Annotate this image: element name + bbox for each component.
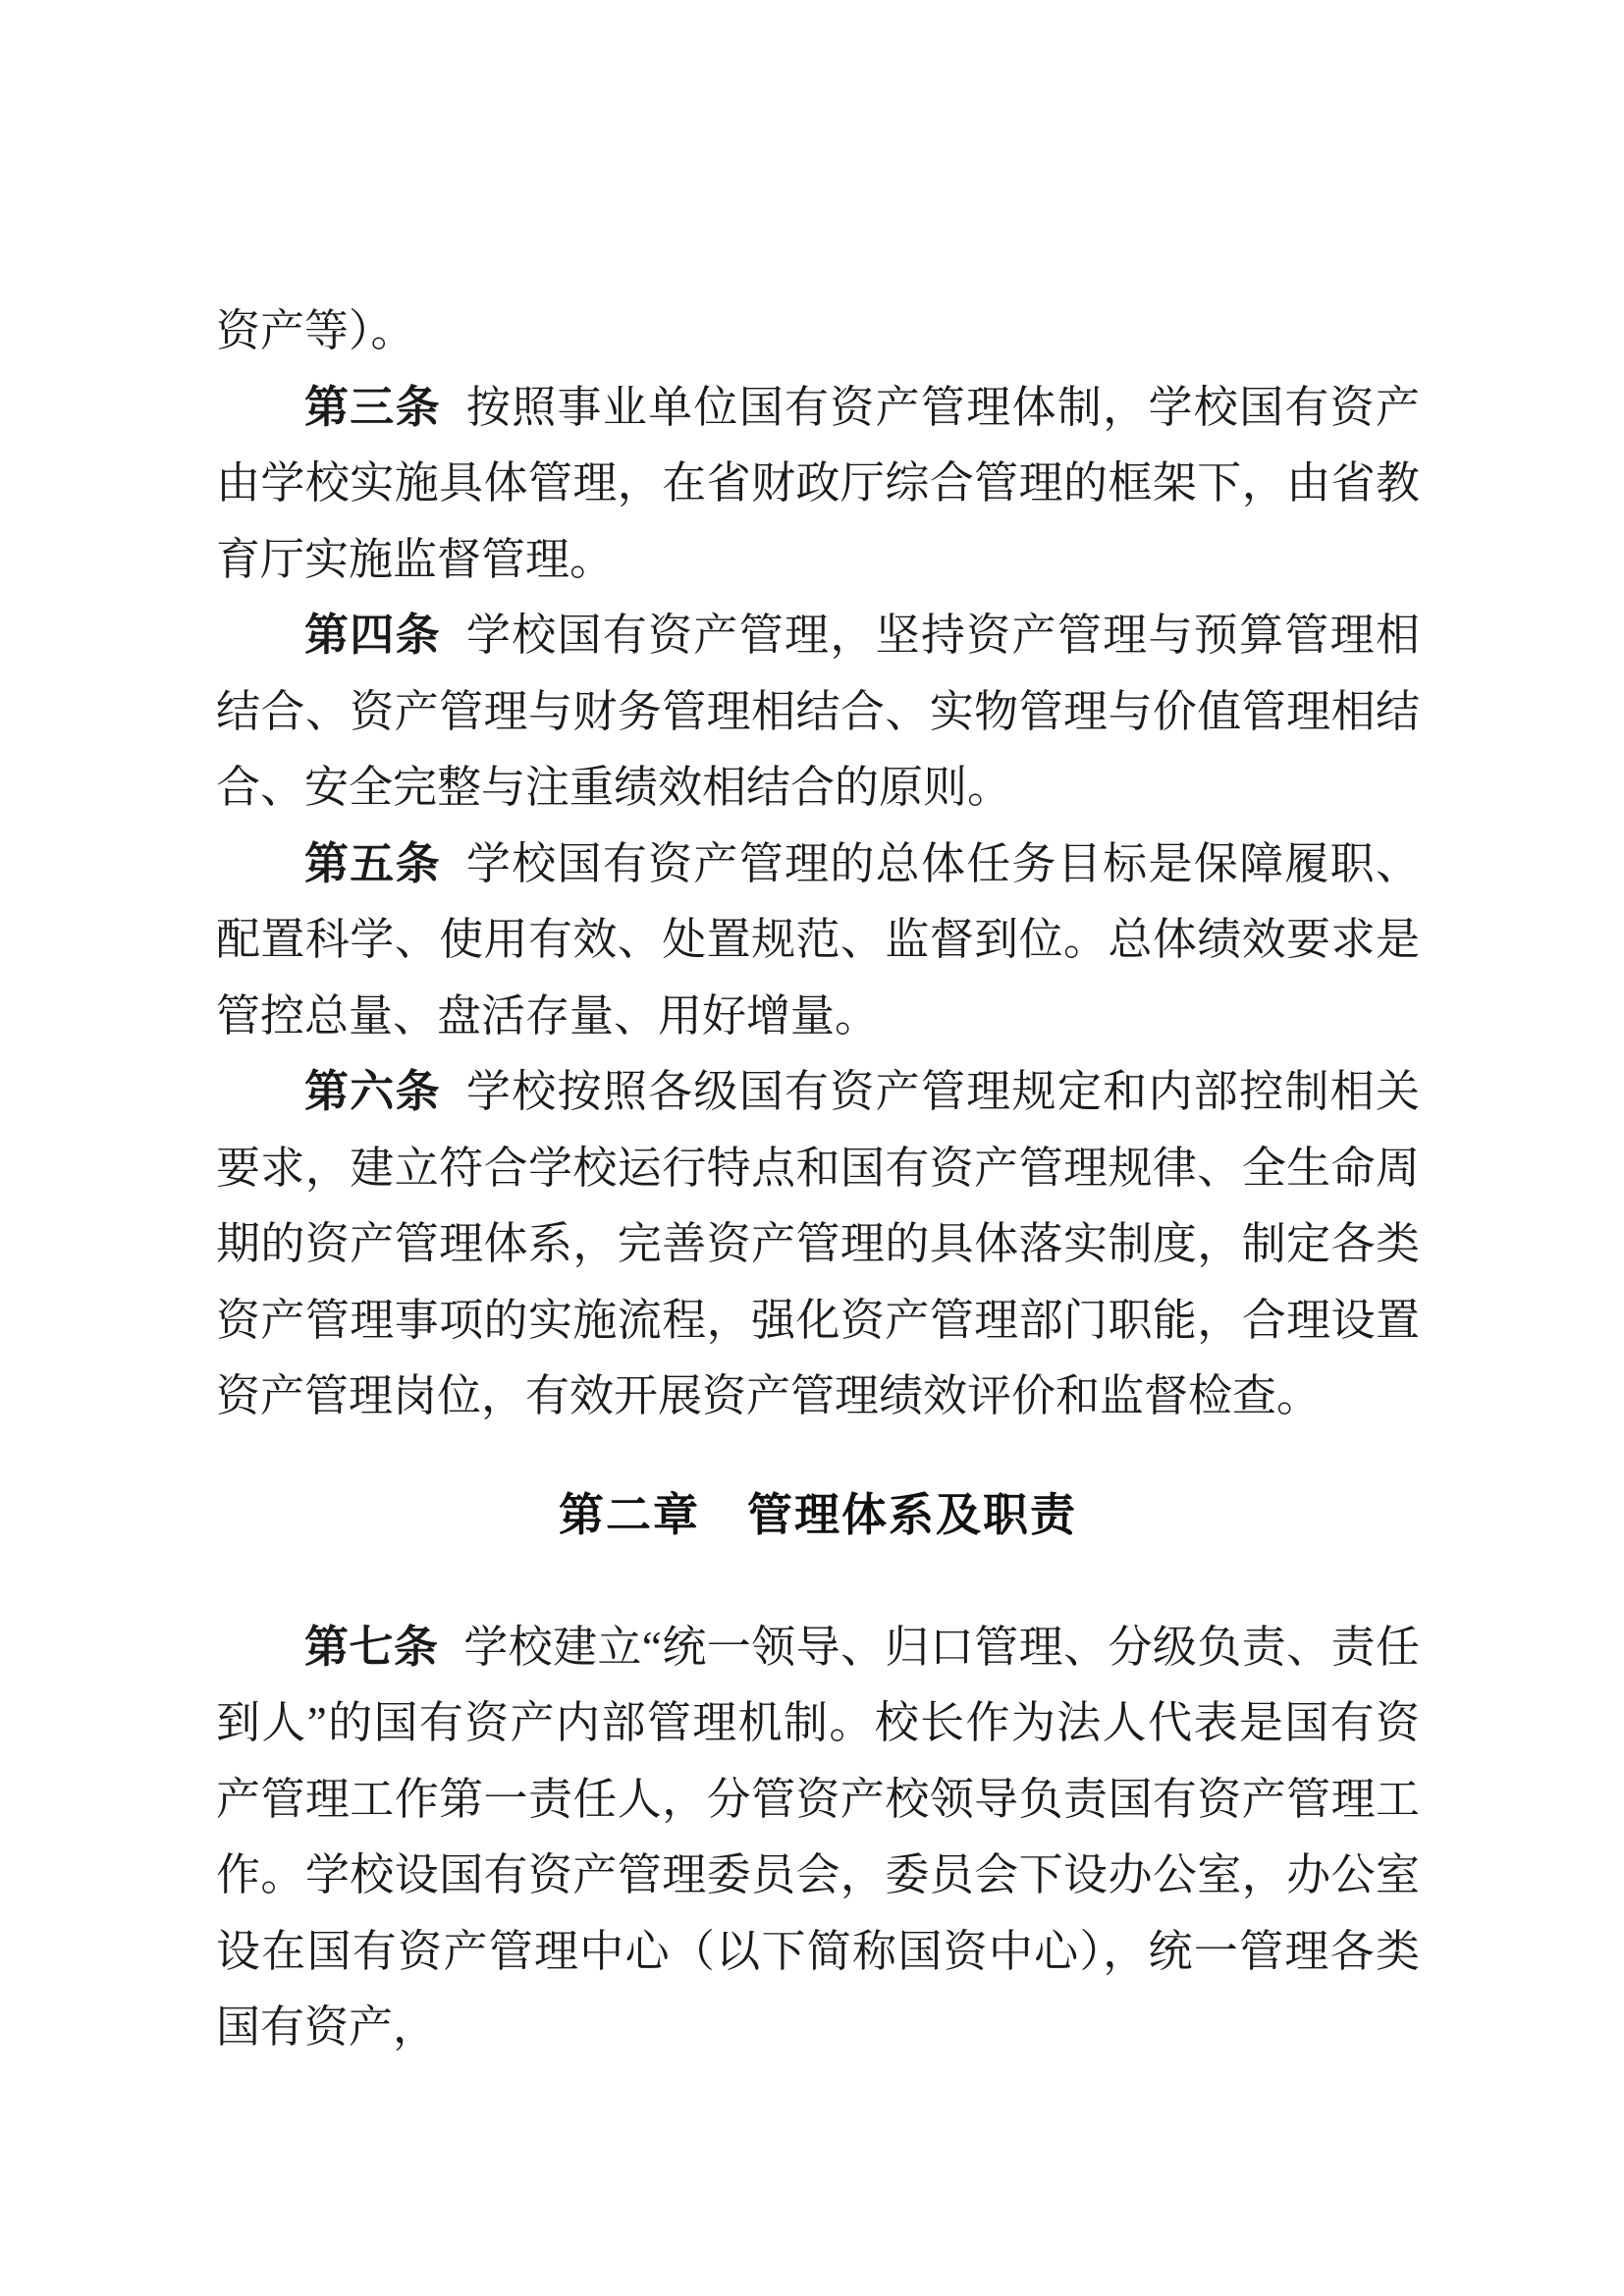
article-6-text: 学校按照各级国有资产管理规定和内部控制相关要求，建立符合学校运行特点和国有资产管… [216, 1067, 1420, 1420]
paragraph-article-7: 第七条学校建立“统一领导、归口管理、分级负责、责任到人”的国有资产内部管理机制。… [216, 1610, 1420, 2066]
article-7-text: 学校建立“统一领导、归口管理、分级负责、责任到人”的国有资产内部管理机制。校长作… [216, 1623, 1420, 2053]
article-5-label: 第五条 [304, 839, 441, 888]
article-3-label: 第三条 [304, 383, 441, 432]
article-4-label: 第四条 [304, 611, 441, 660]
article-6-label: 第六条 [304, 1067, 441, 1116]
paragraph-article-6: 第六条学校按照各级国有资产管理规定和内部控制相关要求，建立符合学校运行特点和国有… [216, 1054, 1420, 1435]
document-page: 资产等）。 第三条按照事业单位国有资产管理体制，学校国有资产由学校实施具体管理，… [0, 0, 1624, 2296]
document-body: 资产等）。 第三条按照事业单位国有资产管理体制，学校国有资产由学校实施具体管理，… [216, 294, 1420, 2066]
article-7-label: 第七条 [304, 1623, 438, 1672]
paragraph-continuation: 资产等）。 [216, 294, 1420, 370]
paragraph-article-3: 第三条按照事业单位国有资产管理体制，学校国有资产由学校实施具体管理，在省财政厅综… [216, 370, 1420, 599]
paragraph-article-4: 第四条学校国有资产管理，坚持资产管理与预算管理相结合、资产管理与财务管理相结合、… [216, 598, 1420, 827]
chapter-heading: 第二章 管理体系及职责 [216, 1476, 1420, 1553]
paragraph-article-5: 第五条学校国有资产管理的总体任务目标是保障履职、配置科学、使用有效、处置规范、监… [216, 827, 1420, 1055]
